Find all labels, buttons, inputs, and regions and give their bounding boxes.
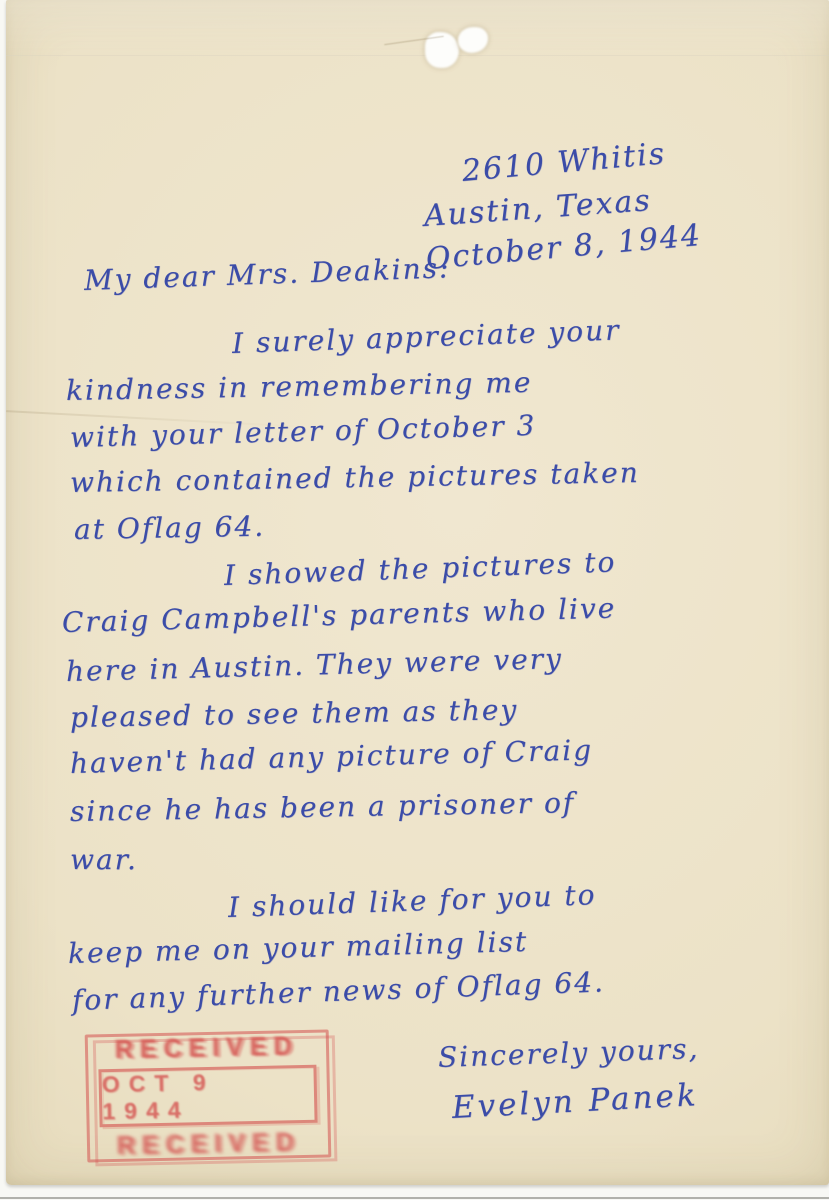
letter-line: I showed the pictures to (223, 545, 616, 592)
received-stamp: RECEIVED OCT 9 1944 RECEIVED (85, 1029, 332, 1162)
scanned-letter-page: 2610 Whitis Austin, Texas October 8, 194… (0, 0, 829, 1200)
letter-paper: 2610 Whitis Austin, Texas October 8, 194… (6, 0, 829, 1185)
letter-line: here in Austin. They were very (66, 642, 564, 688)
letter-line: haven't had any picture of Craig (70, 733, 594, 780)
letter-line: war. (70, 843, 138, 876)
scan-edge-shadow (0, 1197, 829, 1199)
paper-fold-band (6, 0, 829, 56)
received-stamp-word-top: RECEIVED (88, 1032, 327, 1064)
letter-line: with your letter of October 3 (70, 409, 537, 454)
letter-line: I surely appreciate your (231, 313, 621, 360)
salutation: My dear Mrs. Deakins: (83, 251, 450, 297)
received-stamp-date: OCT 9 1944 (101, 1067, 314, 1125)
letter-line: kindness in remembering me (66, 366, 533, 407)
letter-line: since he has been a prisoner of (70, 786, 576, 828)
received-stamp-date-box: OCT 9 1944 (98, 1065, 317, 1128)
letter-line: pleased to see them as they (70, 693, 519, 734)
letter-line: I should like for you to (227, 878, 597, 924)
letter-line: which contained the pictures taken (70, 456, 640, 499)
received-stamp-word-bottom: RECEIVED (90, 1128, 329, 1160)
letter-line: at Oflag 64. (74, 510, 266, 546)
signature: Evelyn Panek (451, 1077, 699, 1126)
valediction: Sincerely yours, (437, 1032, 699, 1074)
heading-address-line-1: 2610 Whitis (460, 136, 667, 189)
letter-line: for any further news of Oflag 64. (71, 965, 605, 1017)
letter-line: keep me on your mailing list (68, 925, 529, 970)
letter-line: Craig Campbell's parents who live (62, 591, 617, 639)
